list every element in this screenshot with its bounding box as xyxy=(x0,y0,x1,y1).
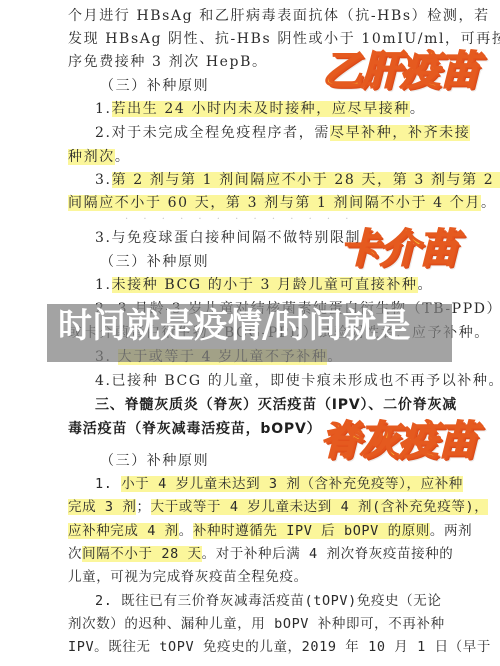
list-item: 4.已接种 BCG 的儿童，即使卡痕未形成也不再予以补种。 xyxy=(95,372,500,390)
highlighted-text: 补种时遵循先 IPV 后 bOPV 的原则 xyxy=(193,523,430,539)
list-item: 3.第 2 剂与第 1 剂间隔应不小于 28 天，第 3 剂与第 2 剂 xyxy=(95,171,500,189)
bcg-vaccine-sticker: 卡介苗 xyxy=(340,226,457,272)
list-item: 1. 小于 4 岁儿童未达到 3 剂（含补充免疫等），应补种 xyxy=(95,475,463,493)
section-heading: （三）补种原则 xyxy=(100,452,209,470)
faded-text-line: · · · · · · · · · · · · · xyxy=(125,211,354,229)
highlighted-text: 完成 3 剂 xyxy=(68,499,136,515)
item-number: 1. xyxy=(95,476,121,492)
section-title: 三、脊髓灰质炎（脊灰）灭活疫苗（IPV）、二价脊灰减 xyxy=(95,396,457,414)
list-item-continuation: 剂次数）的迟种、漏种儿童，用 bOPV 补种即可，不再补种 xyxy=(68,615,445,633)
punctuation: 。 xyxy=(481,195,497,211)
highlighted-text: 间隔应不小于 60 天，第 3 剂与第 1 剂间隔不小于 4 个月 xyxy=(68,195,481,211)
plain-text: 次 xyxy=(68,546,82,562)
list-item-continuation: 应补种完成 4 剂。补种时遵循先 IPV 后 bOPV 的原则。两剂 xyxy=(68,522,472,540)
highlighted-text: 小于 4 岁儿童未达到 3 剂（含补充免疫等），应补种 xyxy=(121,476,463,492)
highlighted-text: 应补种完成 4 剂 xyxy=(68,523,179,539)
list-item-continuation: 间隔应不小于 60 天，第 3 剂与第 1 剂间隔不小于 4 个月。 xyxy=(68,194,497,212)
punctuation: 。 xyxy=(179,523,193,539)
list-item-continuation: 完成 3 剂；大于或等于 4 岁儿童未达到 4 剂(含补充免疫等)， xyxy=(68,498,488,516)
list-item: 1.若出生 24 小时内未及时接种，应尽早接种。 xyxy=(95,100,426,118)
paragraph-line: 发现 HBsAg 阴性、抗-HBs 阴性或小于 10mIU/ml，可再按程 xyxy=(68,30,500,48)
list-item-continuation: 次间隔不小于 28 天。对于补种后满 4 剂次脊灰疫苗接种的 xyxy=(68,545,453,563)
caption-text: 时间就是疫情/时间就是 xyxy=(58,305,410,347)
highlighted-text: 第 2 剂与第 1 剂间隔应不小于 28 天，第 3 剂与第 2 剂 xyxy=(112,172,500,188)
punctuation: ； xyxy=(136,499,150,515)
paragraph-line: 序免费接种 3 剂次 HepB。 xyxy=(68,53,268,71)
plain-text: 。两剂 xyxy=(430,523,472,539)
highlighted-text: 若出生 24 小时内未及时接种，应尽早接种 xyxy=(112,101,410,117)
highlighted-text: 大于或等于 4 岁儿童未达到 4 剂(含补充免疫等)， xyxy=(151,499,489,515)
list-item-continuation: 儿童，可视为完成脊灰疫苗全程免疫。 xyxy=(68,568,308,586)
highlighted-text: 间隔不小于 28 天 xyxy=(82,546,202,562)
item-number: 3. xyxy=(95,172,112,188)
plain-text: 。对于补种后满 4 剂次脊灰疫苗接种的 xyxy=(202,546,454,562)
plain-text: 2.对于未完成全程免疫程序者，需 xyxy=(95,125,330,141)
hepb-vaccine-sticker: 乙肝疫苗 xyxy=(322,48,478,94)
highlighted-text: 未接种 BCG 的小于 3 月龄儿童可直接补种 xyxy=(112,277,418,293)
list-item-continuation: 种剂次。 xyxy=(68,148,130,166)
paragraph-line: 个月进行 HBsAg 和乙肝病毒表面抗体（抗-HBs）检测，若 xyxy=(68,7,490,25)
item-number: 1. xyxy=(95,277,112,293)
highlighted-text: 种剂次 xyxy=(68,149,115,165)
list-item: 2.对于未完成全程免疫程序者，需尽早补种，补齐未接 xyxy=(95,124,470,142)
section-heading: （三）补种原则 xyxy=(100,77,209,95)
punctuation: 。 xyxy=(410,101,426,117)
section-heading: （三）补种原则 xyxy=(100,253,209,271)
paragraph-line: 3.与免疫球蛋白接种间隔不做特别限制。 xyxy=(95,229,377,247)
list-item: 1.未接种 BCG 的小于 3 月龄儿童可直接补种。 xyxy=(95,276,433,294)
list-item: 2. 既往已有三价脊灰减毒活疫苗(tOPV)免疫史（无论 xyxy=(95,592,441,610)
highlighted-text: 尽早补种，补齐未接 xyxy=(330,125,470,141)
polio-vaccine-sticker: 脊灰疫苗 xyxy=(320,418,476,464)
document-page: 个月进行 HBsAg 和乙肝病毒表面抗体（抗-HBs）检测，若 发现 HBsAg… xyxy=(0,0,500,666)
punctuation: 。 xyxy=(115,149,131,165)
list-item-continuation: IPV。既往无 tOPV 免疫史的儿童，2019 年 10 月 1 日（早于 xyxy=(68,638,491,656)
item-number: 1. xyxy=(95,101,112,117)
punctuation: 。 xyxy=(418,277,434,293)
section-title: 毒活疫苗（脊灰减毒活疫苗，bOPV） xyxy=(68,420,321,438)
